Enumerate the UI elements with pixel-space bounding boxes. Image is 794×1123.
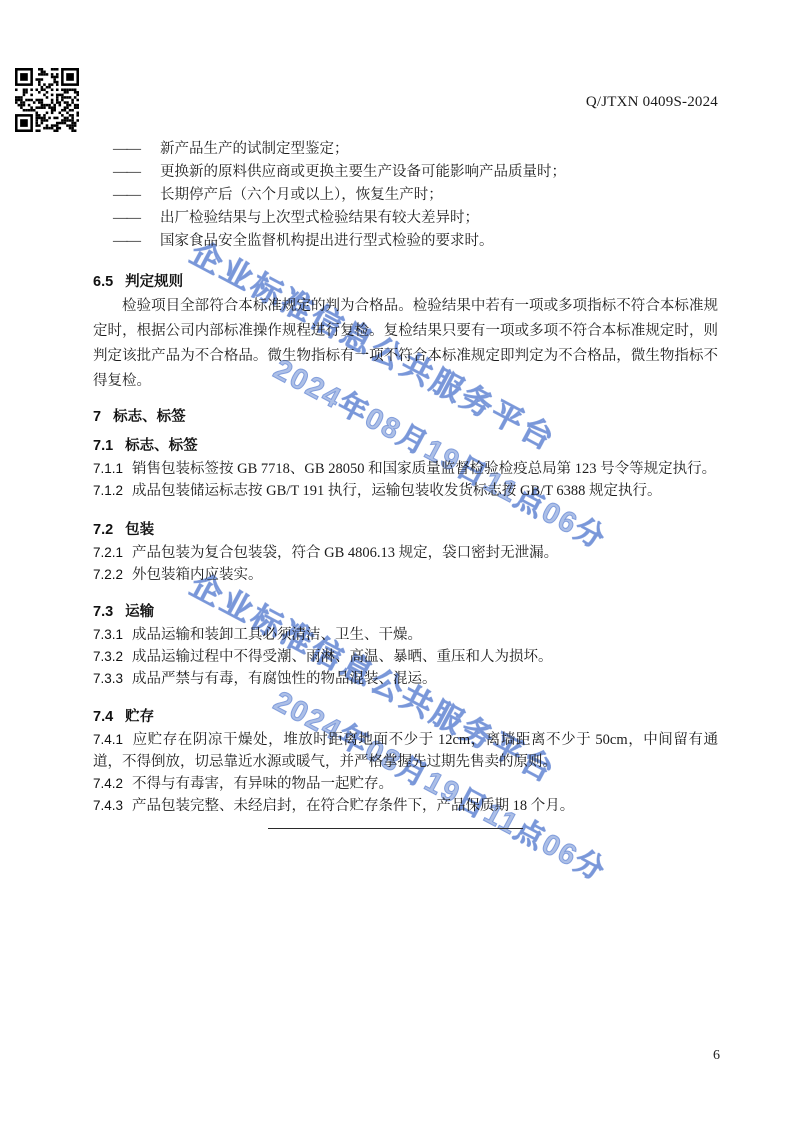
clause-number: 7.3.1 (93, 627, 123, 642)
section-number: 6.5 (93, 274, 113, 290)
section-heading-7-1: 7.1标志、标签 (93, 435, 718, 458)
section-number: 7.4 (93, 709, 113, 725)
clause-7-2-1: 7.2.1产品包装为复合包装袋，符合 GB 4806.13 规定，袋口密封无泄漏… (93, 542, 718, 564)
clause-text: 成品运输过程中不得受潮、雨淋、高温、暴晒、重压和人为损坏。 (132, 649, 553, 665)
section-number: 7 (93, 409, 101, 425)
clause-7-4-2: 7.4.2不得与有毒害，有异味的物品一起贮存。 (93, 773, 718, 795)
type-inspection-trigger-list: ——新产品生产的试制定型鉴定； ——更换新的原料供应商或更换主要生产设备可能影响… (93, 138, 718, 253)
clause-text: 产品包装为复合包装袋，符合 GB 4806.13 规定，袋口密封无泄漏。 (132, 545, 558, 561)
doc-number: Q/JTXN 0409S-2024 (586, 94, 718, 111)
end-of-text-rule (268, 828, 523, 829)
clause-7-3-1: 7.3.1成品运输和装卸工具必须清洁、卫生、干燥。 (93, 624, 718, 646)
section-title: 判定规则 (125, 274, 183, 290)
document-page: Q/JTXN 0409S-2024 企业标准信息公共服务平台 2024年08月1… (0, 0, 794, 1123)
clause-number: 7.3.2 (93, 649, 123, 664)
clause-text: 成品运输和装卸工具必须清洁、卫生、干燥。 (132, 627, 422, 643)
section-heading-7-3: 7.3运输 (93, 601, 718, 624)
clause-text: 销售包装标签按 GB 7718、GB 28050 和国家质量监督检验检疫总局第 … (132, 461, 716, 477)
list-item-text: 出厂检验结果与上次型式检验结果有较大差异时； (160, 207, 479, 230)
clause-number: 7.4.1 (93, 732, 123, 747)
section-heading-7: 7标志、标签 (93, 406, 718, 429)
clause-7-4-1: 7.4.1应贮存在阴凉干燥处，堆放时距离地面不少于 12cm，离墙距离不少于 5… (93, 729, 718, 773)
clause-number: 7.2.1 (93, 545, 123, 560)
section-heading-6-5: 6.5判定规则 (93, 271, 718, 294)
clause-text: 产品包装完整、未经启封，在符合贮存条件下，产品保质期 18 个月。 (132, 798, 574, 814)
list-item-text: 国家食品安全监督机构提出进行型式检验的要求时。 (160, 230, 494, 253)
clause-7-3-2: 7.3.2成品运输过程中不得受潮、雨淋、高温、暴晒、重压和人为损坏。 (93, 646, 718, 668)
clause-number: 7.2.2 (93, 567, 123, 582)
section-6-5-paragraph: 检验项目全部符合本标准规定的判为合格品。检验结果中若有一项或多项指标不符合本标准… (93, 294, 718, 394)
dash-marker: —— (113, 230, 160, 253)
section-number: 7.2 (93, 522, 113, 538)
section-title: 包装 (125, 522, 154, 538)
section-title: 贮存 (125, 709, 154, 725)
clause-number: 7.1.2 (93, 483, 123, 498)
dash-marker: —— (113, 184, 160, 207)
section-title: 运输 (125, 604, 154, 620)
section-title: 标志、标签 (125, 438, 198, 454)
page-number: 6 (713, 1048, 720, 1064)
list-item: ——更换新的原料供应商或更换主要生产设备可能影响产品质量时； (93, 161, 718, 184)
list-item-text: 更换新的原料供应商或更换主要生产设备可能影响产品质量时； (160, 161, 566, 184)
clause-7-4-3: 7.4.3产品包装完整、未经启封，在符合贮存条件下，产品保质期 18 个月。 (93, 795, 718, 817)
section-number: 7.3 (93, 604, 113, 620)
list-item-text: 长期停产后（六个月或以上），恢复生产时； (160, 184, 443, 207)
clause-text: 成品严禁与有毒，有腐蚀性的物品混装、混运。 (132, 671, 437, 687)
section-heading-7-4: 7.4贮存 (93, 706, 718, 729)
clause-text: 应贮存在阴凉干燥处，堆放时距离地面不少于 12cm，离墙距离不少于 50cm，中… (93, 732, 718, 770)
dash-marker: —— (113, 138, 160, 161)
clause-text: 成品包装储运标志按 GB/T 191 执行，运输包装收发货标志按 GB/T 63… (132, 483, 662, 499)
clause-text: 外包装箱内应装实。 (132, 567, 263, 583)
clause-7-1-2: 7.1.2成品包装储运标志按 GB/T 191 执行，运输包装收发货标志按 GB… (93, 480, 718, 502)
clause-7-3-3: 7.3.3成品严禁与有毒，有腐蚀性的物品混装、混运。 (93, 668, 718, 690)
clause-7-2-2: 7.2.2外包装箱内应装实。 (93, 564, 718, 586)
clause-number: 7.1.1 (93, 461, 123, 476)
qr-code (15, 68, 79, 132)
section-title: 标志、标签 (113, 409, 186, 425)
list-item: ——长期停产后（六个月或以上），恢复生产时； (93, 184, 718, 207)
clause-7-1-1: 7.1.1销售包装标签按 GB 7718、GB 28050 和国家质量监督检验检… (93, 458, 718, 480)
section-number: 7.1 (93, 438, 113, 454)
section-heading-7-2: 7.2包装 (93, 519, 718, 542)
clause-number: 7.4.3 (93, 798, 123, 813)
list-item-text: 新产品生产的试制定型鉴定； (160, 138, 349, 161)
dash-marker: —— (113, 161, 160, 184)
clause-number: 7.3.3 (93, 671, 123, 686)
list-item: ——国家食品安全监督机构提出进行型式检验的要求时。 (93, 230, 718, 253)
clause-number: 7.4.2 (93, 776, 123, 791)
list-item: ——出厂检验结果与上次型式检验结果有较大差异时； (93, 207, 718, 230)
list-item: ——新产品生产的试制定型鉴定； (93, 138, 718, 161)
document-content: ——新产品生产的试制定型鉴定； ——更换新的原料供应商或更换主要生产设备可能影响… (93, 138, 718, 829)
clause-text: 不得与有毒害，有异味的物品一起贮存。 (132, 776, 393, 792)
dash-marker: —— (113, 207, 160, 230)
